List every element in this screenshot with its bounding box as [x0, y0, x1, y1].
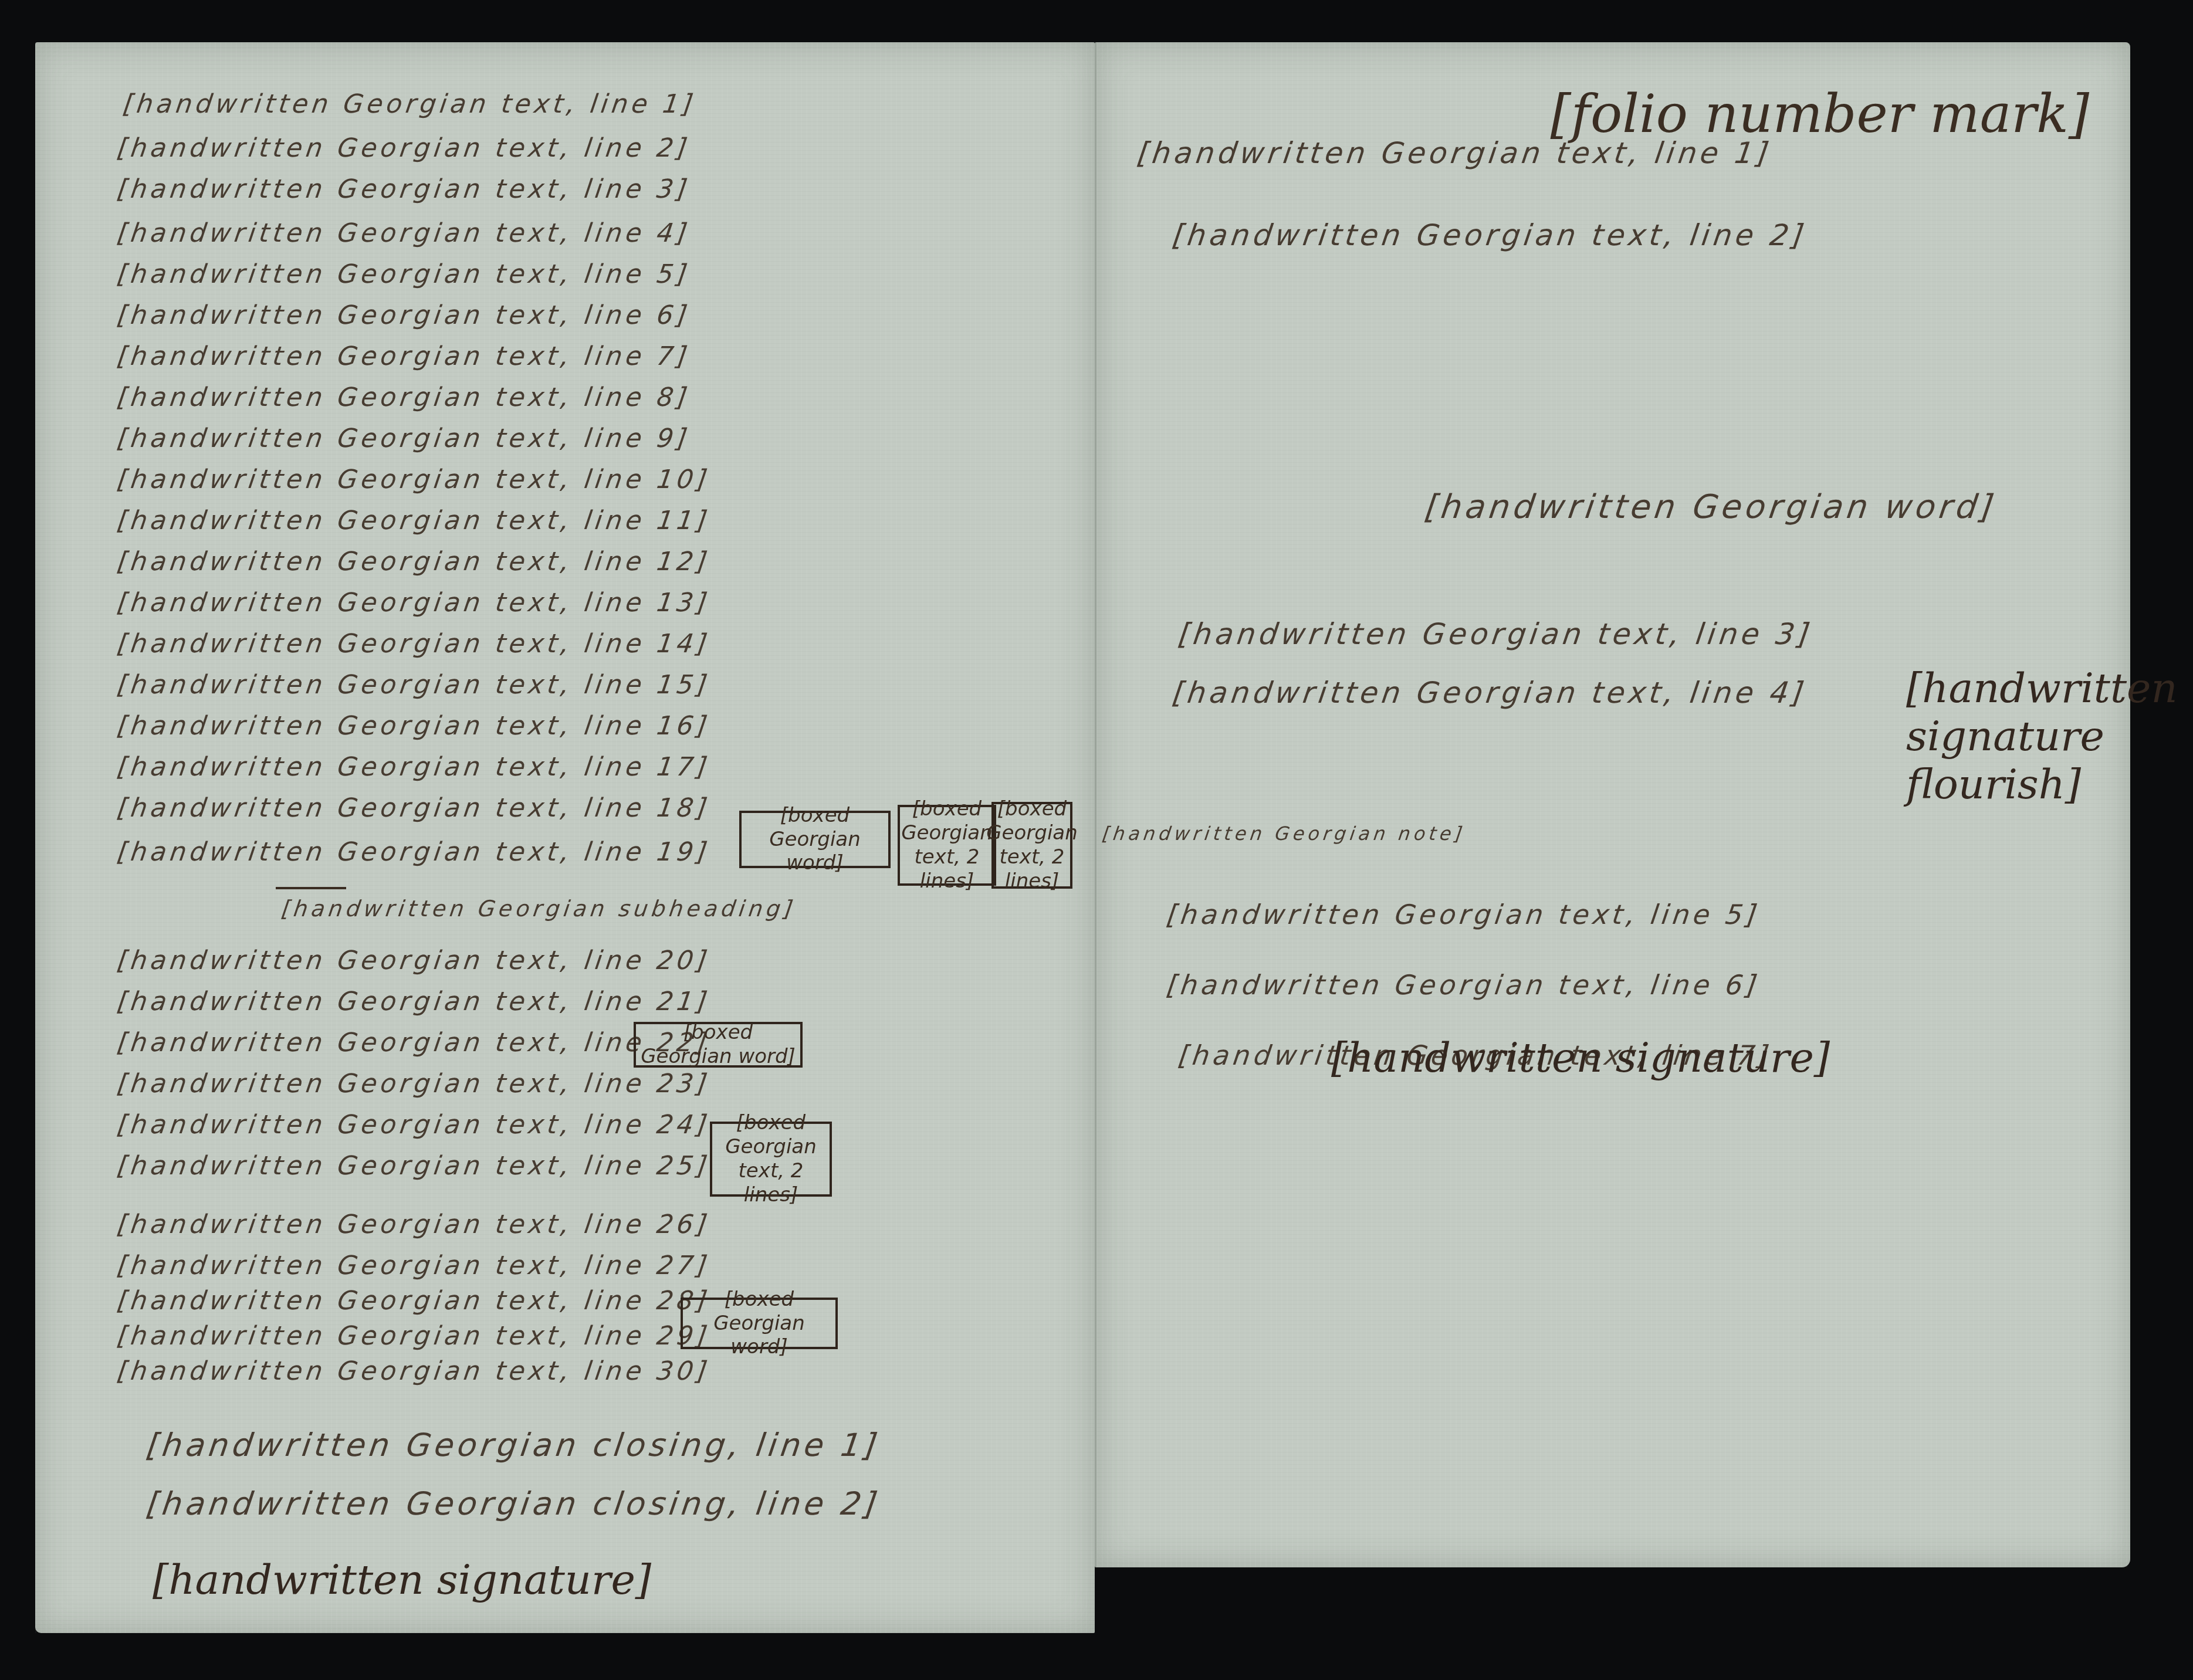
text-line: [handwritten Georgian text, line 9]: [115, 424, 692, 453]
text-line: [handwritten Georgian text, line 30]: [115, 1356, 712, 1386]
signature: [handwritten signature]: [153, 1556, 651, 1604]
signature-flourish: [handwritten signature flourish]: [1906, 664, 2178, 808]
text-line: [handwritten Georgian text, line 16]: [115, 711, 712, 741]
text-line: [handwritten Georgian text, line 25]: [115, 1151, 712, 1181]
signature: [handwritten signature]: [1331, 1034, 1830, 1082]
text-line: [handwritten Georgian text, line 27]: [115, 1251, 712, 1281]
text-line: [handwritten Georgian text, line 12]: [115, 547, 712, 577]
text-line: [handwritten Georgian text, line 28]: [115, 1286, 712, 1316]
boxed-annotation: [boxed Georgian word]: [739, 811, 891, 868]
boxed-annotation: [boxed Georgian text, 2 lines]: [898, 805, 996, 886]
divider-stroke: [276, 887, 346, 889]
text-line: [handwritten Georgian text, line 3]: [115, 174, 692, 204]
text-line: [handwritten Georgian text, line 1]: [121, 89, 698, 119]
text-line: [handwritten Georgian text, line 1]: [1135, 136, 1775, 170]
text-line: [handwritten Georgian text, line 5]: [1165, 899, 1762, 930]
text-line: [handwritten Georgian text, line 11]: [115, 506, 712, 536]
text-line: [handwritten Georgian text, line 7]: [115, 341, 692, 371]
margin-note: [handwritten Georgian note]: [1101, 822, 1467, 845]
boxed-annotation: [boxed Georgian word]: [634, 1022, 803, 1068]
text-line: [handwritten Georgian text, line 13]: [115, 588, 712, 618]
text-line: [handwritten Georgian text, line 18]: [115, 793, 712, 823]
text-line: [handwritten Georgian text, line 2]: [1170, 218, 1810, 252]
text-line: [handwritten Georgian text, line 21]: [115, 987, 712, 1017]
text-line: [handwritten Georgian text, line 22]: [115, 1028, 712, 1058]
text-line: [handwritten Georgian text, line 19]: [115, 837, 712, 867]
boxed-annotation: [boxed Georgian text, 2 lines]: [991, 802, 1072, 889]
boxed-annotation: [boxed Georgian word]: [681, 1298, 838, 1349]
text-line: [handwritten Georgian text, line 24]: [115, 1110, 712, 1140]
text-line: [handwritten Georgian text, line 4]: [115, 218, 692, 248]
center-heading: [handwritten Georgian word]: [1422, 488, 1999, 526]
left-page: [handwritten Georgian text, line 1] [han…: [35, 42, 1095, 1633]
text-line: [handwritten Georgian text, line 3]: [1176, 617, 1816, 651]
text-line: [handwritten Georgian text, line 29]: [115, 1321, 712, 1351]
subheading: [handwritten Georgian subheading]: [280, 896, 798, 922]
boxed-annotation: [boxed Georgian text, 2 lines]: [710, 1122, 832, 1197]
text-line: [handwritten Georgian text, line 10]: [115, 465, 712, 494]
text-line: [handwritten Georgian text, line 5]: [115, 259, 692, 289]
text-line: [handwritten Georgian text, line 15]: [115, 670, 712, 700]
text-line: [handwritten Georgian text, line 20]: [115, 946, 712, 976]
text-line: [handwritten Georgian text, line 6]: [115, 300, 692, 330]
text-line: [handwritten Georgian text, line 6]: [1165, 969, 1762, 1001]
text-line: [handwritten Georgian text, line 17]: [115, 752, 712, 782]
text-line: [handwritten Georgian text, line 8]: [115, 382, 692, 412]
text-line: [handwritten Georgian text, line 14]: [115, 629, 712, 659]
right-page: [folio number mark] [handwritten Georgia…: [1095, 42, 2130, 1567]
text-line: [handwritten Georgian text, line 26]: [115, 1210, 712, 1239]
text-line: [handwritten Georgian text, line 23]: [115, 1069, 712, 1099]
closing-line: [handwritten Georgian closing, line 1]: [144, 1427, 884, 1464]
closing-line: [handwritten Georgian closing, line 2]: [144, 1485, 884, 1522]
text-line: [handwritten Georgian text, line 4]: [1170, 676, 1810, 710]
text-line: [handwritten Georgian text, line 2]: [115, 133, 692, 163]
